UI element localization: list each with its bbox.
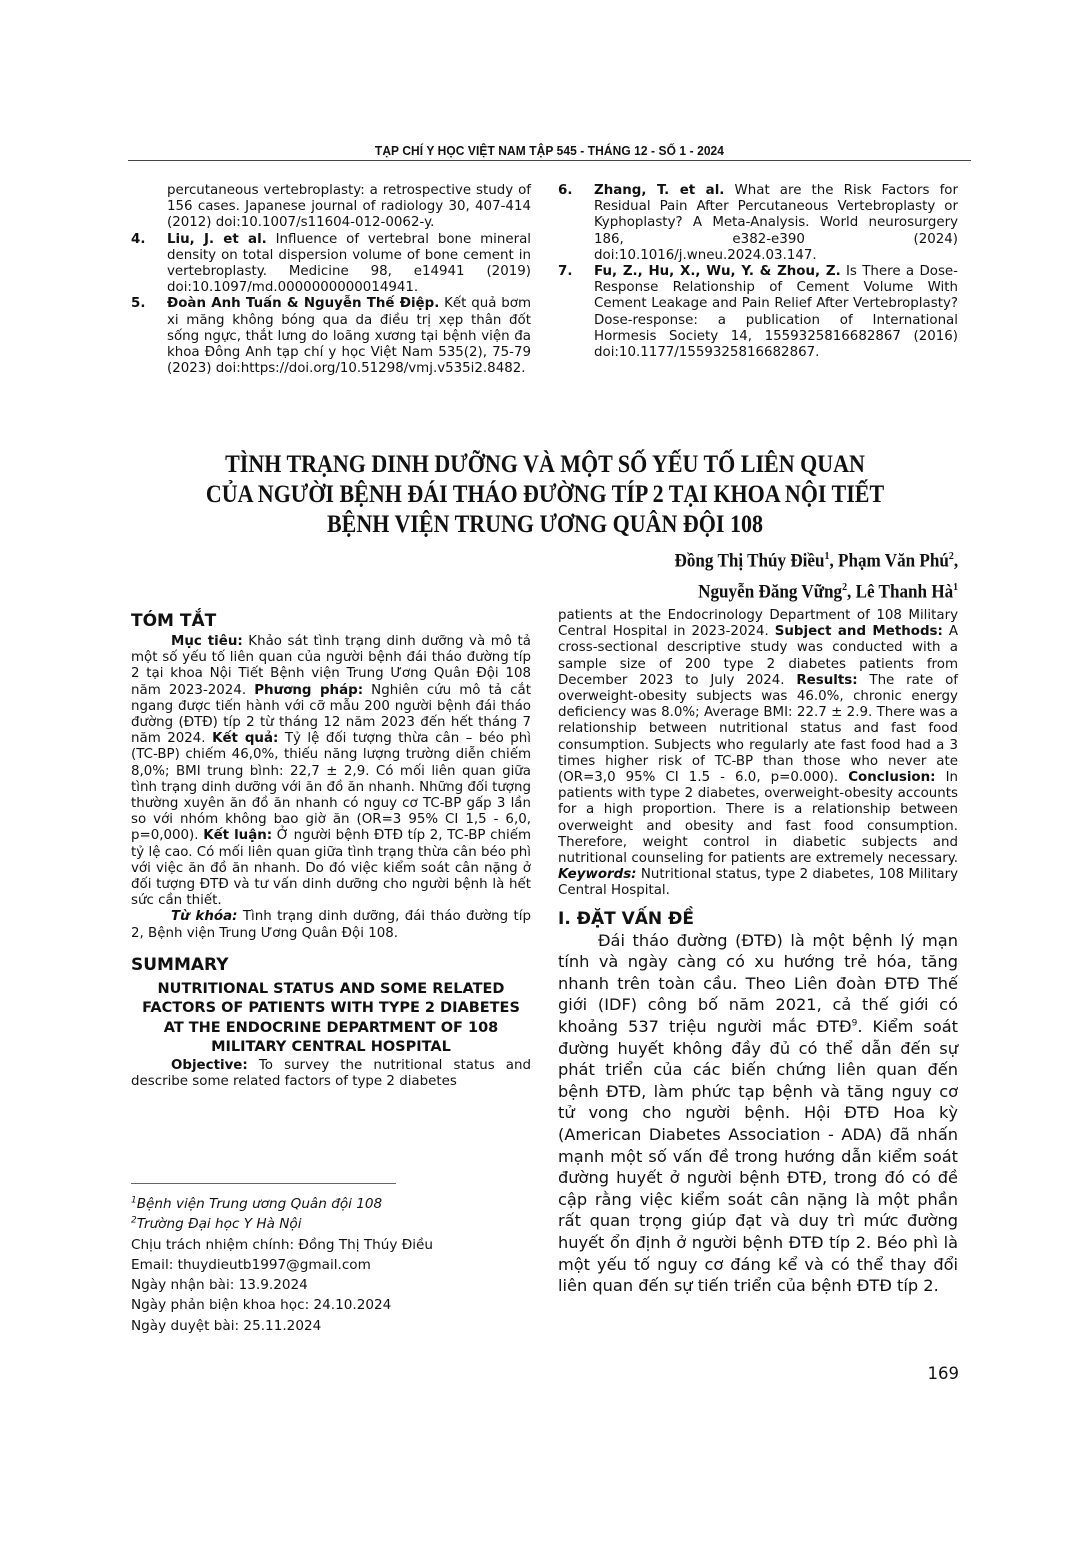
author-name: Nguyễn Đăng Vững: [698, 582, 842, 603]
reference-4: 4. Liu, J. et al. Influence of vertebral…: [131, 232, 531, 297]
abstract-vi-keywords: Từ khóa: Tình trạng dinh dưỡng, đái tháo…: [131, 909, 531, 941]
title-line: CỦA NGƯỜI BỆNH ĐÁI THÁO ĐƯỜNG TÍP 2 TẠI …: [197, 480, 892, 510]
footnotes: 1Bệnh viện Trung ương Quân đội 108 2Trườ…: [131, 1194, 433, 1336]
abstract-vi-heading: TÓM TẮT: [131, 610, 531, 632]
reference-number: 5.: [131, 296, 167, 377]
reference-authors: Liu, J. et al.: [167, 232, 267, 247]
footnote-rule: [131, 1183, 396, 1184]
received-date: Ngày nhận bài: 13.9.2024: [131, 1275, 433, 1295]
running-header: TẠP CHÍ Y HỌC VIỆT NAM TẬP 545 - THÁNG 1…: [162, 143, 938, 158]
reference-text: percutaneous vertebroplasty: a retrospec…: [167, 183, 531, 230]
reference-number: 7.: [558, 264, 594, 361]
right-column-body: patients at the Endocrinology Department…: [558, 608, 958, 1297]
references-right: 6. Zhang, T. et al. What are the Risk Fa…: [558, 183, 958, 361]
reference-3-continued: percutaneous vertebroplasty: a retrospec…: [131, 183, 531, 232]
summary-heading: SUMMARY: [131, 954, 531, 976]
reference-number: 4.: [131, 232, 167, 297]
affiliation-2: 2Trường Đại học Y Hà Nội: [131, 1214, 433, 1234]
reference-5: 5. Đoàn Anh Tuấn & Nguyễn Thế Điệp. Kết …: [131, 296, 531, 377]
reference-6: 6. Zhang, T. et al. What are the Risk Fa…: [558, 183, 958, 264]
email: Email: thuydieutb1997@gmail.com: [131, 1255, 433, 1275]
summary-paragraph: patients at the Endocrinology Department…: [558, 608, 958, 900]
references-left: percutaneous vertebroplasty: a retrospec…: [131, 183, 531, 377]
affiliation-1: 1Bệnh viện Trung ương Quân đội 108: [131, 1194, 433, 1214]
summary-title: NUTRITIONAL STATUS AND SOME RELATED FACT…: [131, 980, 531, 1058]
author-list: Đồng Thị Thúy Điều1, Phạm Văn Phú2, Nguy…: [674, 543, 958, 606]
reviewed-date: Ngày phản biện khoa học: 24.10.2024: [131, 1295, 433, 1315]
page-number: 169: [928, 1364, 960, 1383]
author-name: Phạm Văn Phú: [838, 550, 949, 571]
reference-authors: Zhang, T. et al.: [594, 183, 724, 198]
introduction-paragraph: Đái tháo đường (ĐTĐ) là một bệnh lý mạn …: [558, 930, 958, 1297]
title-line: BỆNH VIỆN TRUNG ƯƠNG QUÂN ĐỘI 108: [197, 510, 892, 540]
introduction-heading: I. ĐẶT VẤN ĐỀ: [558, 908, 958, 930]
left-column-body: TÓM TẮT Mục tiêu: Khảo sát tình trạng di…: [131, 610, 531, 1090]
reference-authors: Fu, Z., Hu, X., Wu, Y. & Zhou, Z.: [594, 264, 841, 279]
author-name: Lê Thanh Hà: [855, 582, 953, 603]
summary-objective: Objective: To survey the nutritional sta…: [131, 1058, 531, 1090]
author-affiliation: 1: [953, 581, 958, 593]
reference-authors: Đoàn Anh Tuấn & Nguyễn Thế Điệp.: [167, 296, 439, 311]
header-rule: [128, 160, 971, 161]
corresponding-author: Chịu trách nhiệm chính: Đồng Thị Thúy Đi…: [131, 1235, 433, 1255]
reference-7: 7. Fu, Z., Hu, X., Wu, Y. & Zhou, Z. Is …: [558, 264, 958, 361]
reference-number: [131, 183, 167, 232]
accepted-date: Ngày duyệt bài: 25.11.2024: [131, 1316, 433, 1336]
reference-number: 6.: [558, 183, 594, 264]
article-title: TÌNH TRẠNG DINH DƯỠNG VÀ MỘT SỐ YẾU TỐ L…: [197, 450, 892, 540]
abstract-vi-paragraph: Mục tiêu: Khảo sát tình trạng dinh dưỡng…: [131, 634, 531, 909]
title-line: TÌNH TRẠNG DINH DƯỠNG VÀ MỘT SỐ YẾU TỐ L…: [197, 450, 892, 480]
author-name: Đồng Thị Thúy Điều: [674, 550, 824, 571]
